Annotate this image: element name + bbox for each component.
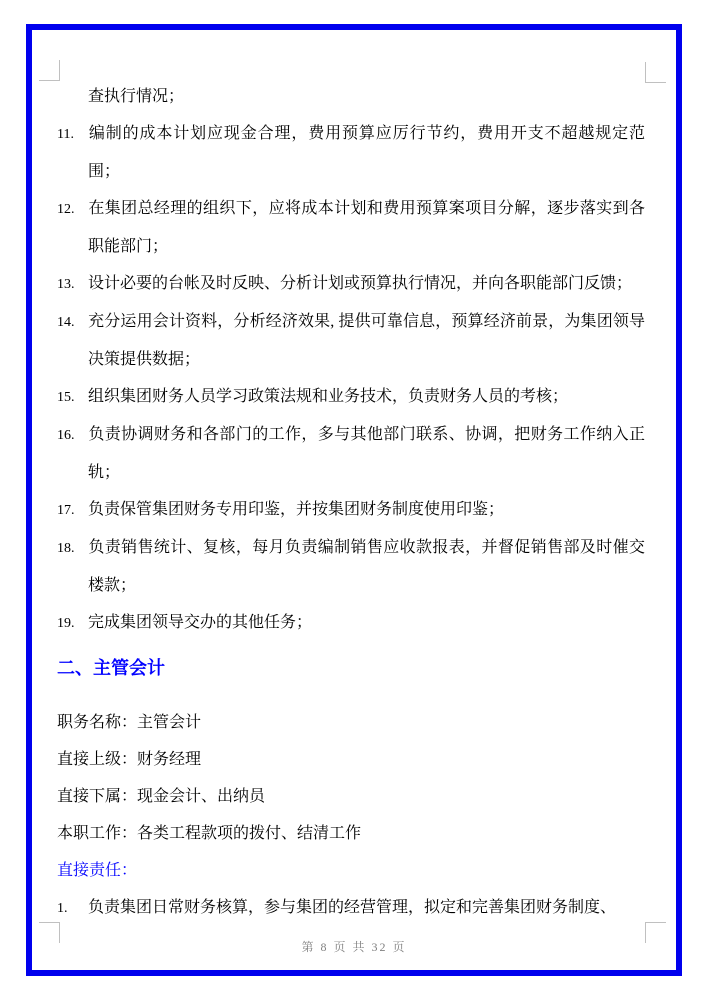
list-text: 在集团总经理的组织下，应将成本计划和费用预算案项目分解，逐步落实到各职能部门；	[88, 200, 645, 255]
list-number: 18.	[57, 530, 88, 567]
duty-heading: 直接责任：	[57, 852, 645, 889]
list-number: 19.	[57, 605, 88, 642]
info-line-direct-superior: 直接上级：财务经理	[57, 741, 645, 778]
document-body: 查执行情况； 11.编制的成本计划应现金合理，费用预算应厉行节约，费用开支不超越…	[57, 78, 645, 927]
continuation-line: 查执行情况；	[57, 78, 645, 115]
list-item-16: 16.负责协调财务和各部门的工作，多与其他部门联系、协调，把财务工作纳入正轨；	[57, 416, 645, 491]
list-number: 14.	[57, 304, 88, 341]
info-line-main-duty: 本职工作：各类工程款项的拨付、结清工作	[57, 815, 645, 852]
list-text: 组织集团财务人员学习政策法规和业务技术，负责财务人员的考核；	[88, 388, 568, 405]
list-item-14: 14.充分运用会计资料，分析经济效果, 提供可靠信息，预算经济前景，为集团领导决…	[57, 303, 645, 378]
list-item-12: 12.在集团总经理的组织下，应将成本计划和费用预算案项目分解，逐步落实到各职能部…	[57, 190, 645, 265]
list-item-15: 15.组织集团财务人员学习政策法规和业务技术，负责财务人员的考核；	[57, 378, 645, 416]
crop-mark-top-right	[645, 62, 666, 83]
list-number: 17.	[57, 492, 88, 529]
duty-item-1: 1.负责集团日常财务核算，参与集团的经营管理，拟定和完善集团财务制度、	[57, 889, 645, 927]
list-text: 编制的成本计划应现金合理，费用预算应厉行节约，费用开支不超越规定范围；	[88, 125, 645, 180]
list-text: 负责协调财务和各部门的工作，多与其他部门联系、协调，把财务工作纳入正轨；	[88, 426, 645, 481]
section-heading: 二、主管会计	[57, 654, 645, 682]
list-number: 12.	[57, 191, 88, 228]
list-text: 设计必要的台帐及时反映、分析计划或预算执行情况，并向各职能部门反馈；	[88, 275, 632, 292]
document-page: 查执行情况； 11.编制的成本计划应现金合理，费用预算应厉行节约，费用开支不超越…	[0, 0, 703, 1004]
list-text: 充分运用会计资料，分析经济效果, 提供可靠信息，预算经济前景，为集团领导决策提供…	[88, 313, 645, 368]
page-footer: 第 8 页 共 32 页	[32, 938, 676, 955]
list-number: 13.	[57, 266, 88, 303]
list-item-18: 18.负责销售统计、复核，每月负责编制销售应收款报表，并督促销售部及时催交楼款；	[57, 529, 645, 604]
list-text: 负责销售统计、复核，每月负责编制销售应收款报表，并督促销售部及时催交楼款；	[88, 539, 645, 594]
list-number: 16.	[57, 417, 88, 454]
list-item-17: 17.负责保管集团财务专用印鉴，并按集团财务制度使用印鉴；	[57, 491, 645, 529]
list-text: 负责保管集团财务专用印鉴，并按集团财务制度使用印鉴；	[88, 501, 504, 518]
list-item-13: 13.设计必要的台帐及时反映、分析计划或预算执行情况，并向各职能部门反馈；	[57, 265, 645, 303]
list-text: 负责集团日常财务核算，参与集团的经营管理，拟定和完善集团财务制度、	[88, 899, 616, 916]
list-item-11: 11.编制的成本计划应现金合理，费用预算应厉行节约，费用开支不超越规定范围；	[57, 115, 645, 190]
list-item-19: 19.完成集团领导交办的其他任务；	[57, 604, 645, 642]
info-line-direct-subordinates: 直接下属：现金会计、出纳员	[57, 778, 645, 815]
list-number: 11.	[57, 116, 88, 153]
info-line-job-title: 职务名称：主管会计	[57, 704, 645, 741]
list-number: 15.	[57, 379, 88, 416]
list-number: 1.	[57, 890, 88, 927]
list-text: 完成集团领导交办的其他任务；	[88, 614, 312, 631]
